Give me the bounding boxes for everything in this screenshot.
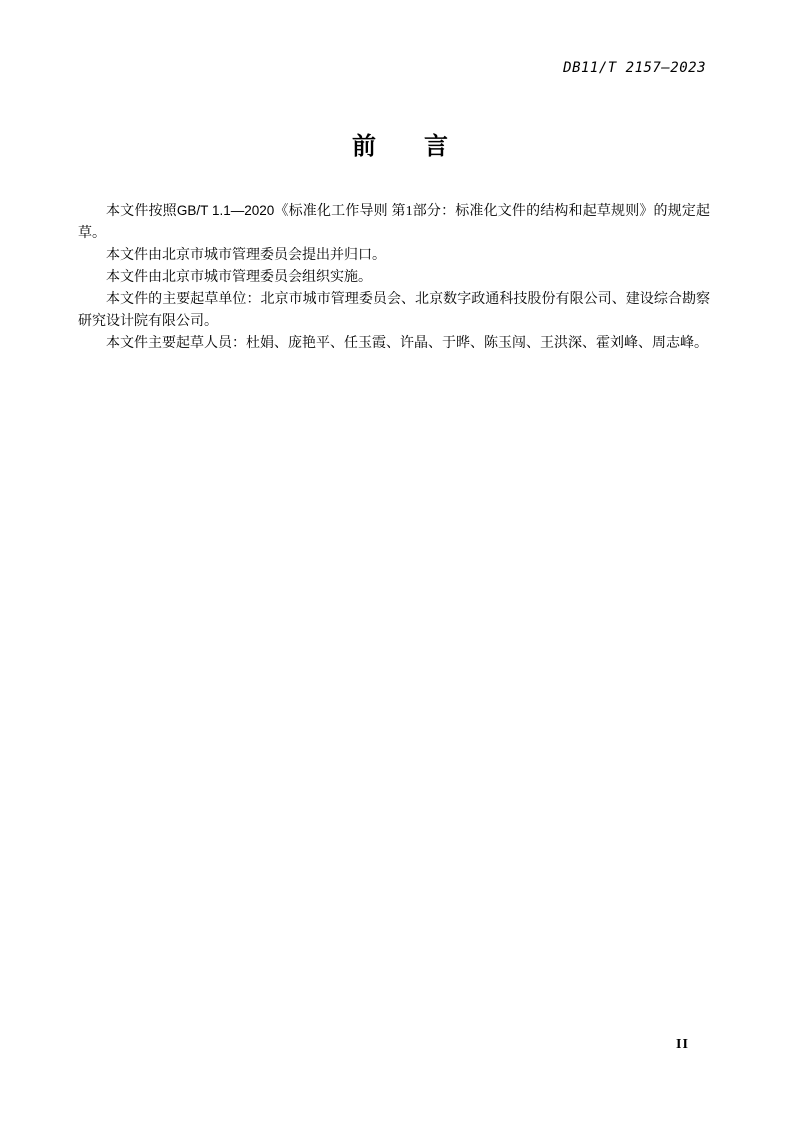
paragraph-proposed-by: 本文件由北京市城市管理委员会提出并归口。 [78, 245, 710, 267]
foreword-title: 前 言 [0, 133, 800, 161]
standard-reference: GB/T 1.1—2020 [177, 203, 274, 218]
drafting-basis-prefix: 本文件按照 [106, 204, 177, 219]
paragraph-drafting-organizations: 本文件的主要起草单位：北京市城市管理委员会、北京数字政通科技股份有限公司、建设综… [78, 289, 710, 333]
standard-number-header: DB11/T 2157—2023 [563, 60, 706, 76]
paragraph-implemented-by: 本文件由北京市城市管理委员会组织实施。 [78, 267, 710, 289]
paragraph-drafting-basis: 本文件按照GB/T 1.1—2020《标准化工作导则 第1部分：标准化文件的结构… [78, 200, 710, 245]
document-page: DB11/T 2157—2023 前 言 本文件按照GB/T 1.1—2020《… [0, 0, 800, 1133]
page-number: II [676, 1037, 689, 1053]
paragraph-drafters: 本文件主要起草人员：杜娟、庞艳平、任玉霞、许晶、于晔、陈玉闯、王洪深、霍刘峰、周… [78, 333, 710, 355]
foreword-body: 本文件按照GB/T 1.1—2020《标准化工作导则 第1部分：标准化文件的结构… [78, 200, 710, 355]
